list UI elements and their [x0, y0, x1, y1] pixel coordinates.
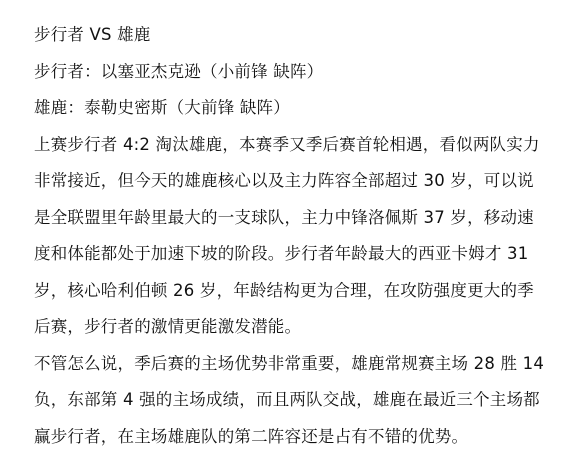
- home-advantage-paragraph: 不管怎么说，季后赛的主场优势非常重要，雄鹿常规赛主场 28 胜 14 负，东部第…: [34, 346, 554, 456]
- paragraph-line: 后赛，步行者的激情更能激发潜能。: [34, 309, 554, 346]
- paragraph-line: 度和体能都处于加速下坡的阶段。步行者年龄最大的西亚卡姆才 31: [34, 236, 554, 273]
- injury-pacers: 步行者：以塞亚杰克逊（小前锋 缺阵）: [34, 54, 554, 91]
- analysis-paragraph: 上赛步行者 4:2 淘汰雄鹿，本赛季又季后赛首轮相遇，看似两队实力 非常接近，但…: [34, 127, 554, 346]
- paragraph-line: 非常接近，但今天的雄鹿核心以及主力阵容全部超过 30 岁，可以说: [34, 163, 554, 200]
- matchup-title: 步行者 VS 雄鹿: [34, 17, 554, 54]
- paragraph-line: 是全联盟里年龄里最大的一支球队，主力中锋洛佩斯 37 岁，移动速: [34, 200, 554, 237]
- paragraph-line: 不管怎么说，季后赛的主场优势非常重要，雄鹿常规赛主场 28 胜 14: [34, 346, 554, 383]
- injury-bucks: 雄鹿：泰勒史密斯（大前锋 缺阵）: [34, 90, 554, 127]
- paragraph-line: 赢步行者，在主场雄鹿队的第二阵容还是占有不错的优势。: [34, 419, 554, 456]
- article: 步行者 VS 雄鹿 步行者：以塞亚杰克逊（小前锋 缺阵） 雄鹿：泰勒史密斯（大前…: [0, 0, 554, 455]
- paragraph-line: 岁，核心哈利伯顿 26 岁，年龄结构更为合理，在攻防强度更大的季: [34, 273, 554, 310]
- paragraph-line: 上赛步行者 4:2 淘汰雄鹿，本赛季又季后赛首轮相遇，看似两队实力: [34, 127, 554, 164]
- paragraph-line: 负，东部第 4 强的主场成绩，而且两队交战，雄鹿在最近三个主场都: [34, 382, 554, 419]
